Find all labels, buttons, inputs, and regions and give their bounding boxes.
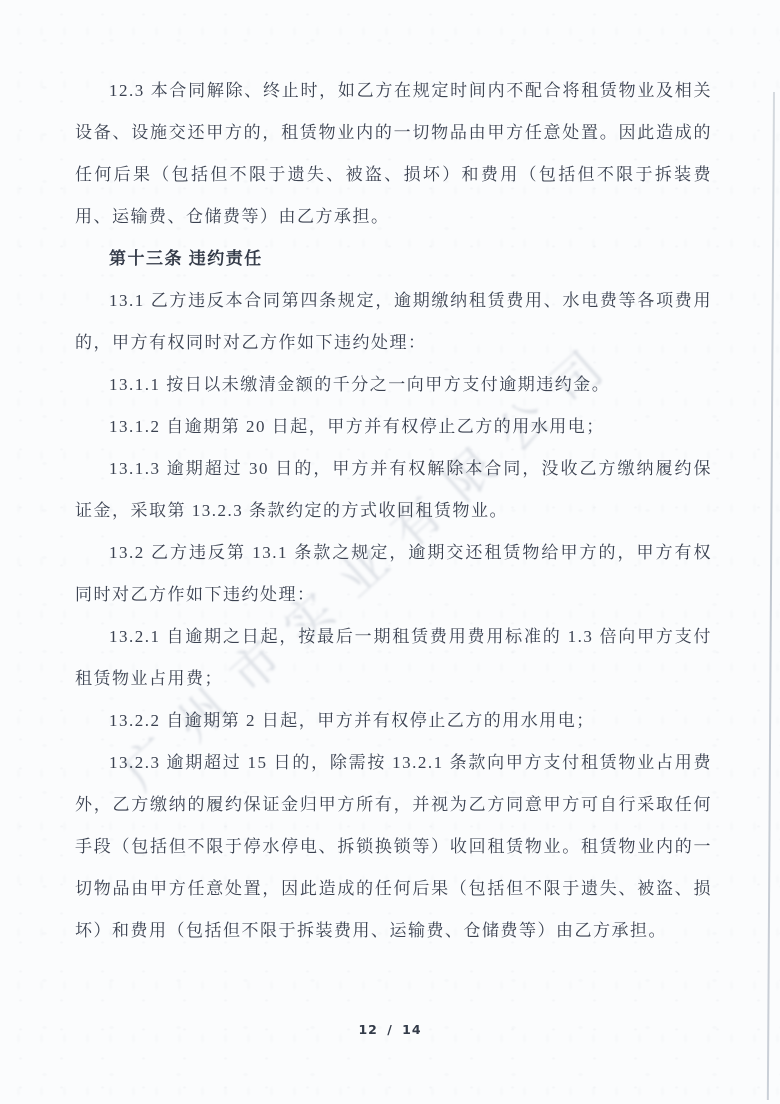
clause-13-2-1: 13.2.1 自逾期之日起，按最后一期租赁费用费用标准的 1.3 倍向甲方支付租… bbox=[75, 616, 712, 700]
clause-13-2: 13.2 乙方违反第 13.1 条款之规定，逾期交还租赁物给甲方的，甲方有权同时… bbox=[75, 532, 712, 616]
page-number: 12 / 14 bbox=[0, 1022, 780, 1037]
scan-edge-artifact bbox=[767, 92, 775, 1100]
clause-13-1-1: 13.1.1 按日以未缴清金额的千分之一向甲方支付逾期违约金。 bbox=[75, 364, 712, 406]
clause-13-1: 13.1 乙方违反本合同第四条规定，逾期缴纳租赁费用、水电费等各项费用的，甲方有… bbox=[75, 280, 712, 364]
article-13-heading: 第十三条 违约责任 bbox=[75, 238, 712, 280]
clause-13-2-3: 13.2.3 逾期超过 15 日的，除需按 13.2.1 条款向甲方支付租赁物业… bbox=[75, 742, 712, 952]
contract-body: 12.3 本合同解除、终止时，如乙方在规定时间内不配合将租赁物业及相关设备、设施… bbox=[75, 70, 712, 952]
contract-page: 广州市实业有限公司 12.3 本合同解除、终止时，如乙方在规定时间内不配合将租赁… bbox=[0, 0, 780, 1104]
clause-13-1-2: 13.1.2 自逾期第 20 日起，甲方并有权停止乙方的用水用电； bbox=[75, 406, 712, 448]
clause-13-1-3: 13.1.3 逾期超过 30 日的，甲方并有权解除本合同，没收乙方缴纳履约保证金… bbox=[75, 448, 712, 532]
clause-12-3: 12.3 本合同解除、终止时，如乙方在规定时间内不配合将租赁物业及相关设备、设施… bbox=[75, 70, 712, 238]
clause-13-2-2: 13.2.2 自逾期第 2 日起，甲方并有权停止乙方的用水用电； bbox=[75, 700, 712, 742]
